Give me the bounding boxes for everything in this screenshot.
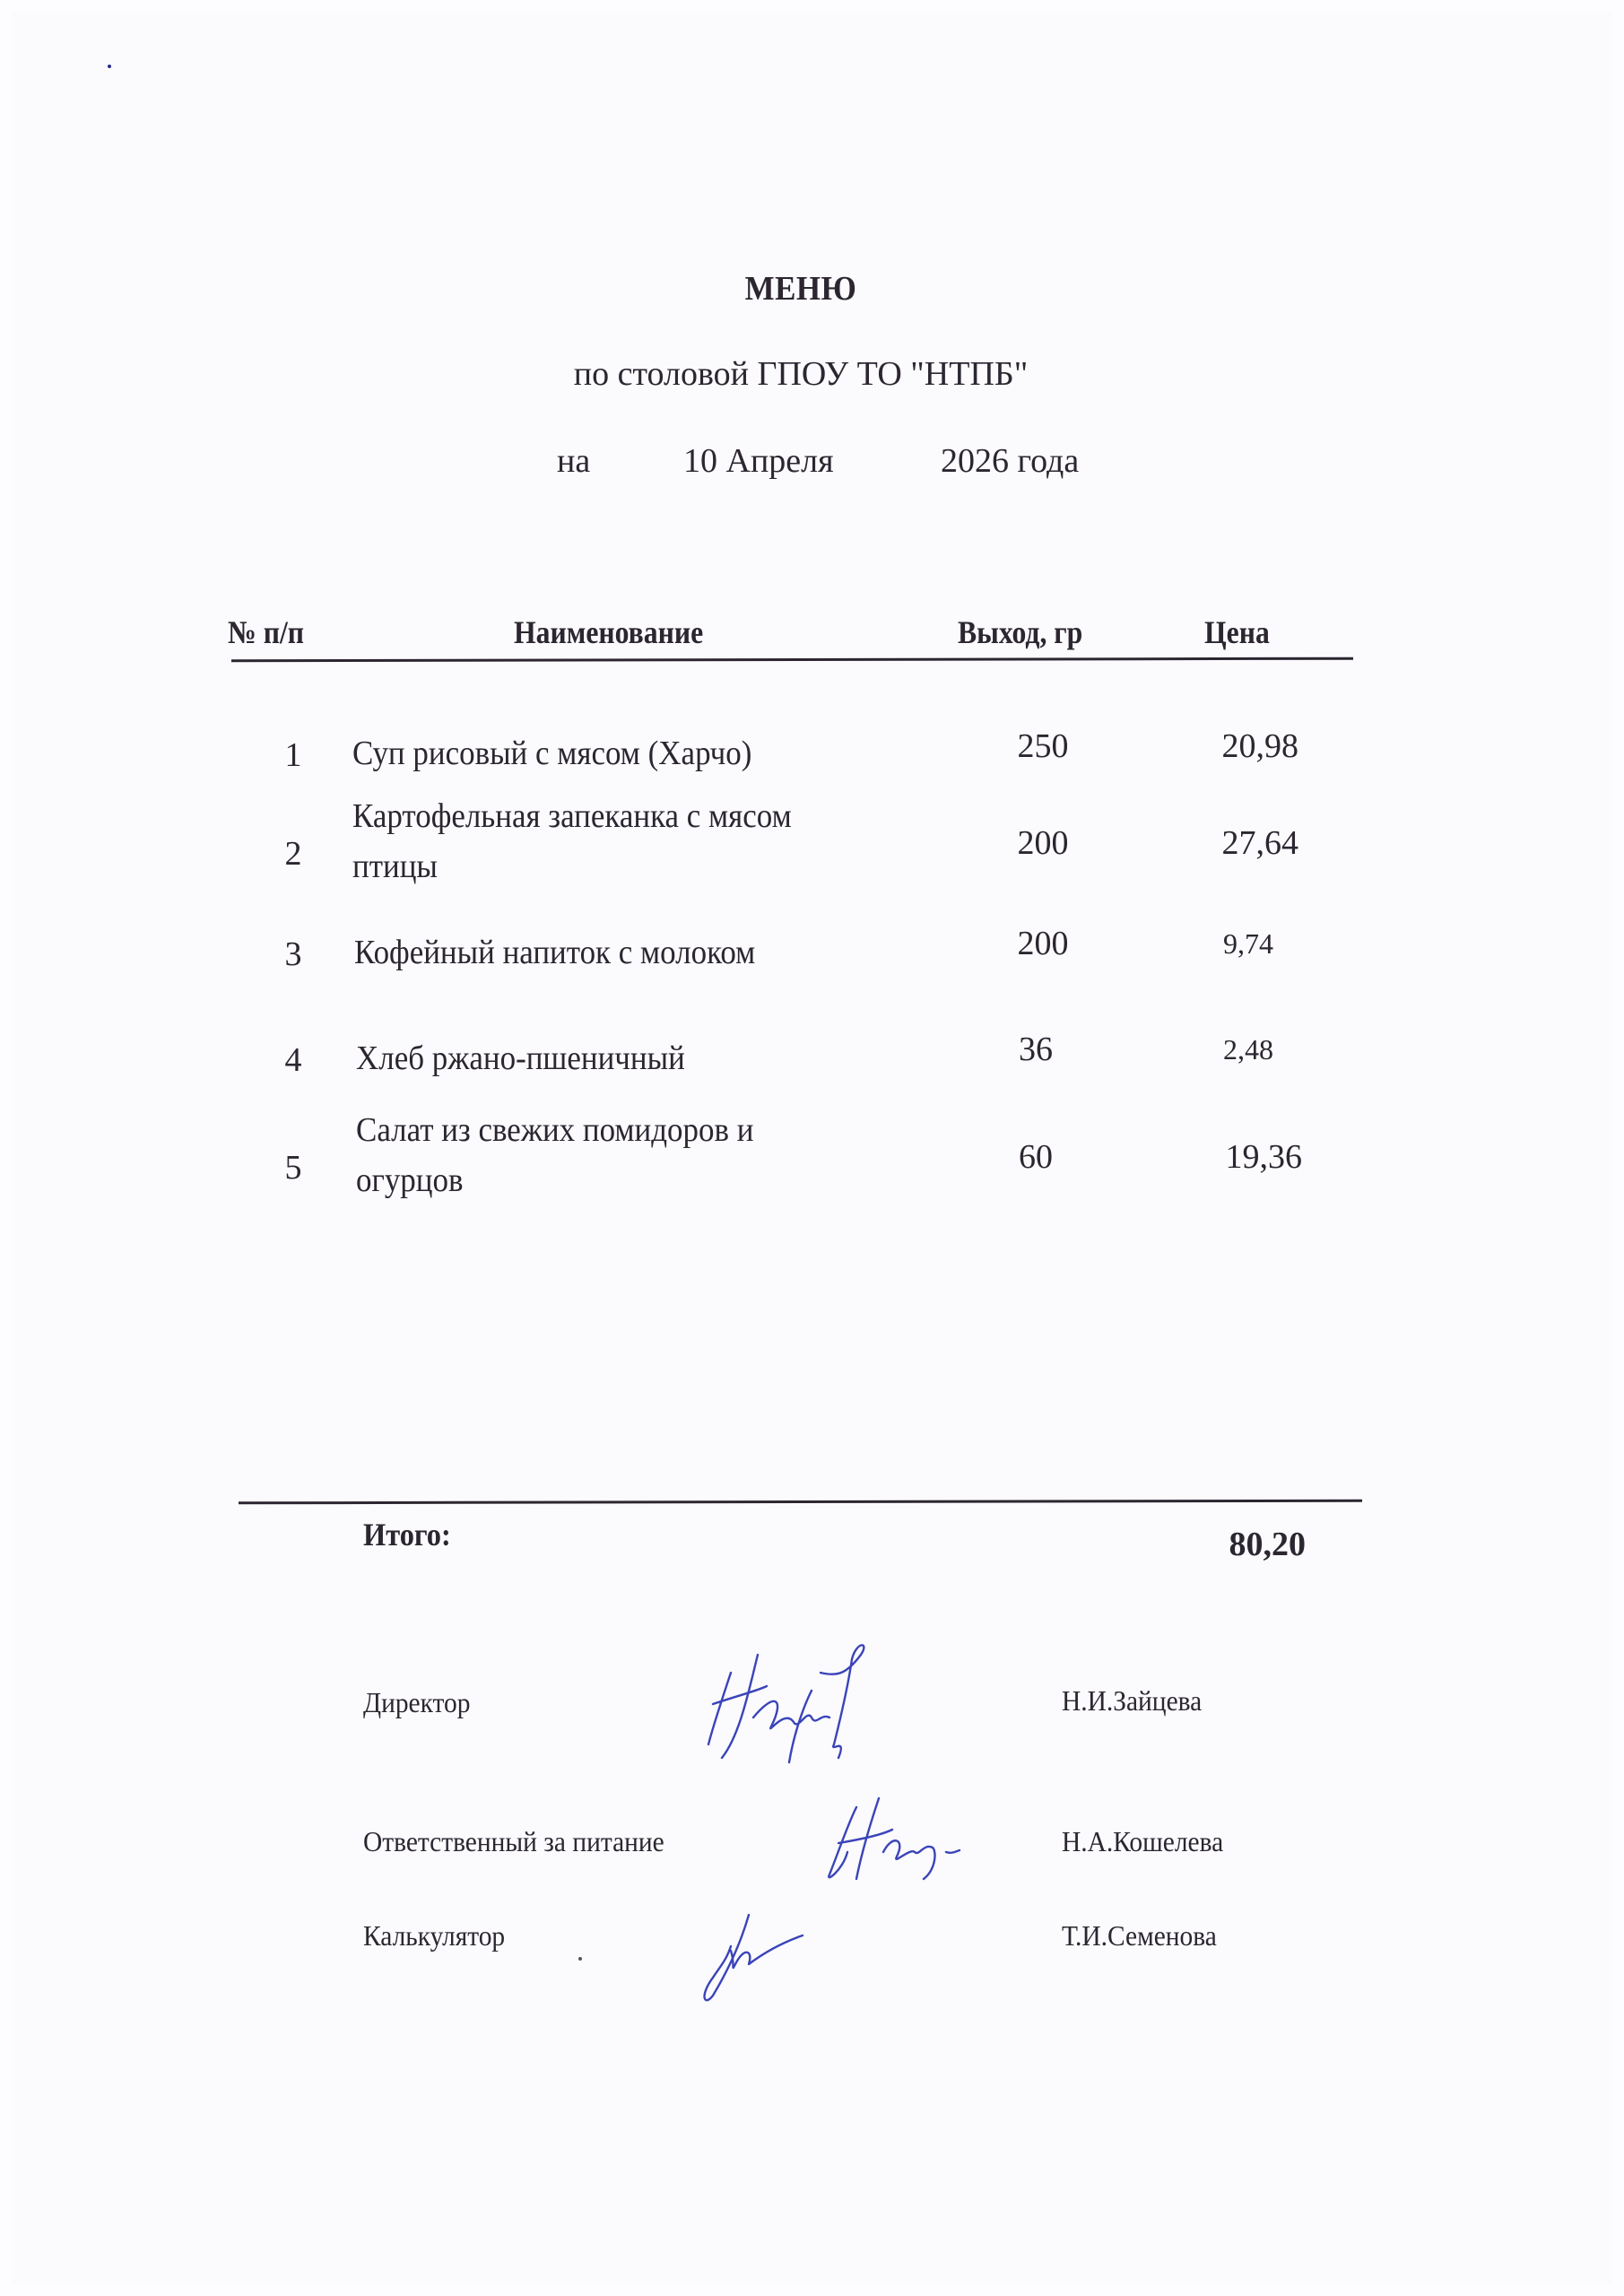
scan-speck — [578, 1957, 582, 1961]
row-name: Салат из свежих помидоров и огурцов — [356, 1105, 851, 1205]
document-subtitle: по столовой ГПОУ ТО "НТПБ" — [442, 354, 1159, 394]
row-number: 1 — [275, 735, 311, 775]
total-value: 80,20 — [1193, 1525, 1306, 1564]
row-number: 5 — [275, 1148, 311, 1187]
column-header-number: № п/п — [228, 613, 304, 651]
row-price: 20,98 — [1182, 726, 1298, 766]
signature-role: Ответственный за питание — [363, 1825, 664, 1858]
row-name: Хлеб ржано-пшеничный — [356, 1033, 884, 1083]
column-header-output: Выход, гр — [958, 613, 1082, 651]
row-number: 2 — [275, 834, 311, 874]
signature-role: Директор — [363, 1686, 470, 1719]
row-name: Картофельная запеканка с мясом птицы — [352, 791, 847, 891]
column-header-name: Наименование — [514, 613, 703, 651]
row-output: 200 — [994, 823, 1092, 863]
total-label: Итого: — [363, 1516, 451, 1553]
document-title: МЕНЮ — [636, 269, 966, 309]
signature-name: Т.И.Семенова — [1062, 1919, 1217, 1952]
row-name: Суп рисовый с мясом (Харчо) — [352, 728, 881, 778]
date-day-month: 10 Апреля — [683, 441, 834, 481]
row-name: Кофейный напиток с молоком — [354, 927, 882, 978]
column-header-price: Цена — [1204, 613, 1270, 651]
row-price: 27,64 — [1182, 823, 1298, 863]
handwritten-signature-icon — [704, 1637, 901, 1771]
row-output: 60 — [986, 1137, 1085, 1177]
signature-name: Н.А.Кошелева — [1062, 1825, 1223, 1858]
date-prefix: на — [557, 441, 590, 481]
signature-role: Калькулятор — [363, 1919, 505, 1952]
row-output: 250 — [994, 726, 1092, 766]
row-output: 36 — [986, 1030, 1085, 1069]
scan-speck — [108, 65, 111, 68]
row-price: 2,48 — [1157, 1033, 1273, 1066]
row-number: 4 — [275, 1040, 311, 1080]
date-year: 2026 года — [941, 441, 1079, 481]
row-price: 19,36 — [1185, 1137, 1302, 1177]
row-output: 200 — [994, 924, 1092, 963]
handwritten-signature-icon — [695, 1910, 829, 2009]
handwritten-signature-icon — [821, 1789, 991, 1888]
signature-name: Н.И.Зайцева — [1062, 1684, 1202, 1718]
row-number: 3 — [275, 935, 311, 974]
row-price: 9,74 — [1157, 927, 1273, 961]
